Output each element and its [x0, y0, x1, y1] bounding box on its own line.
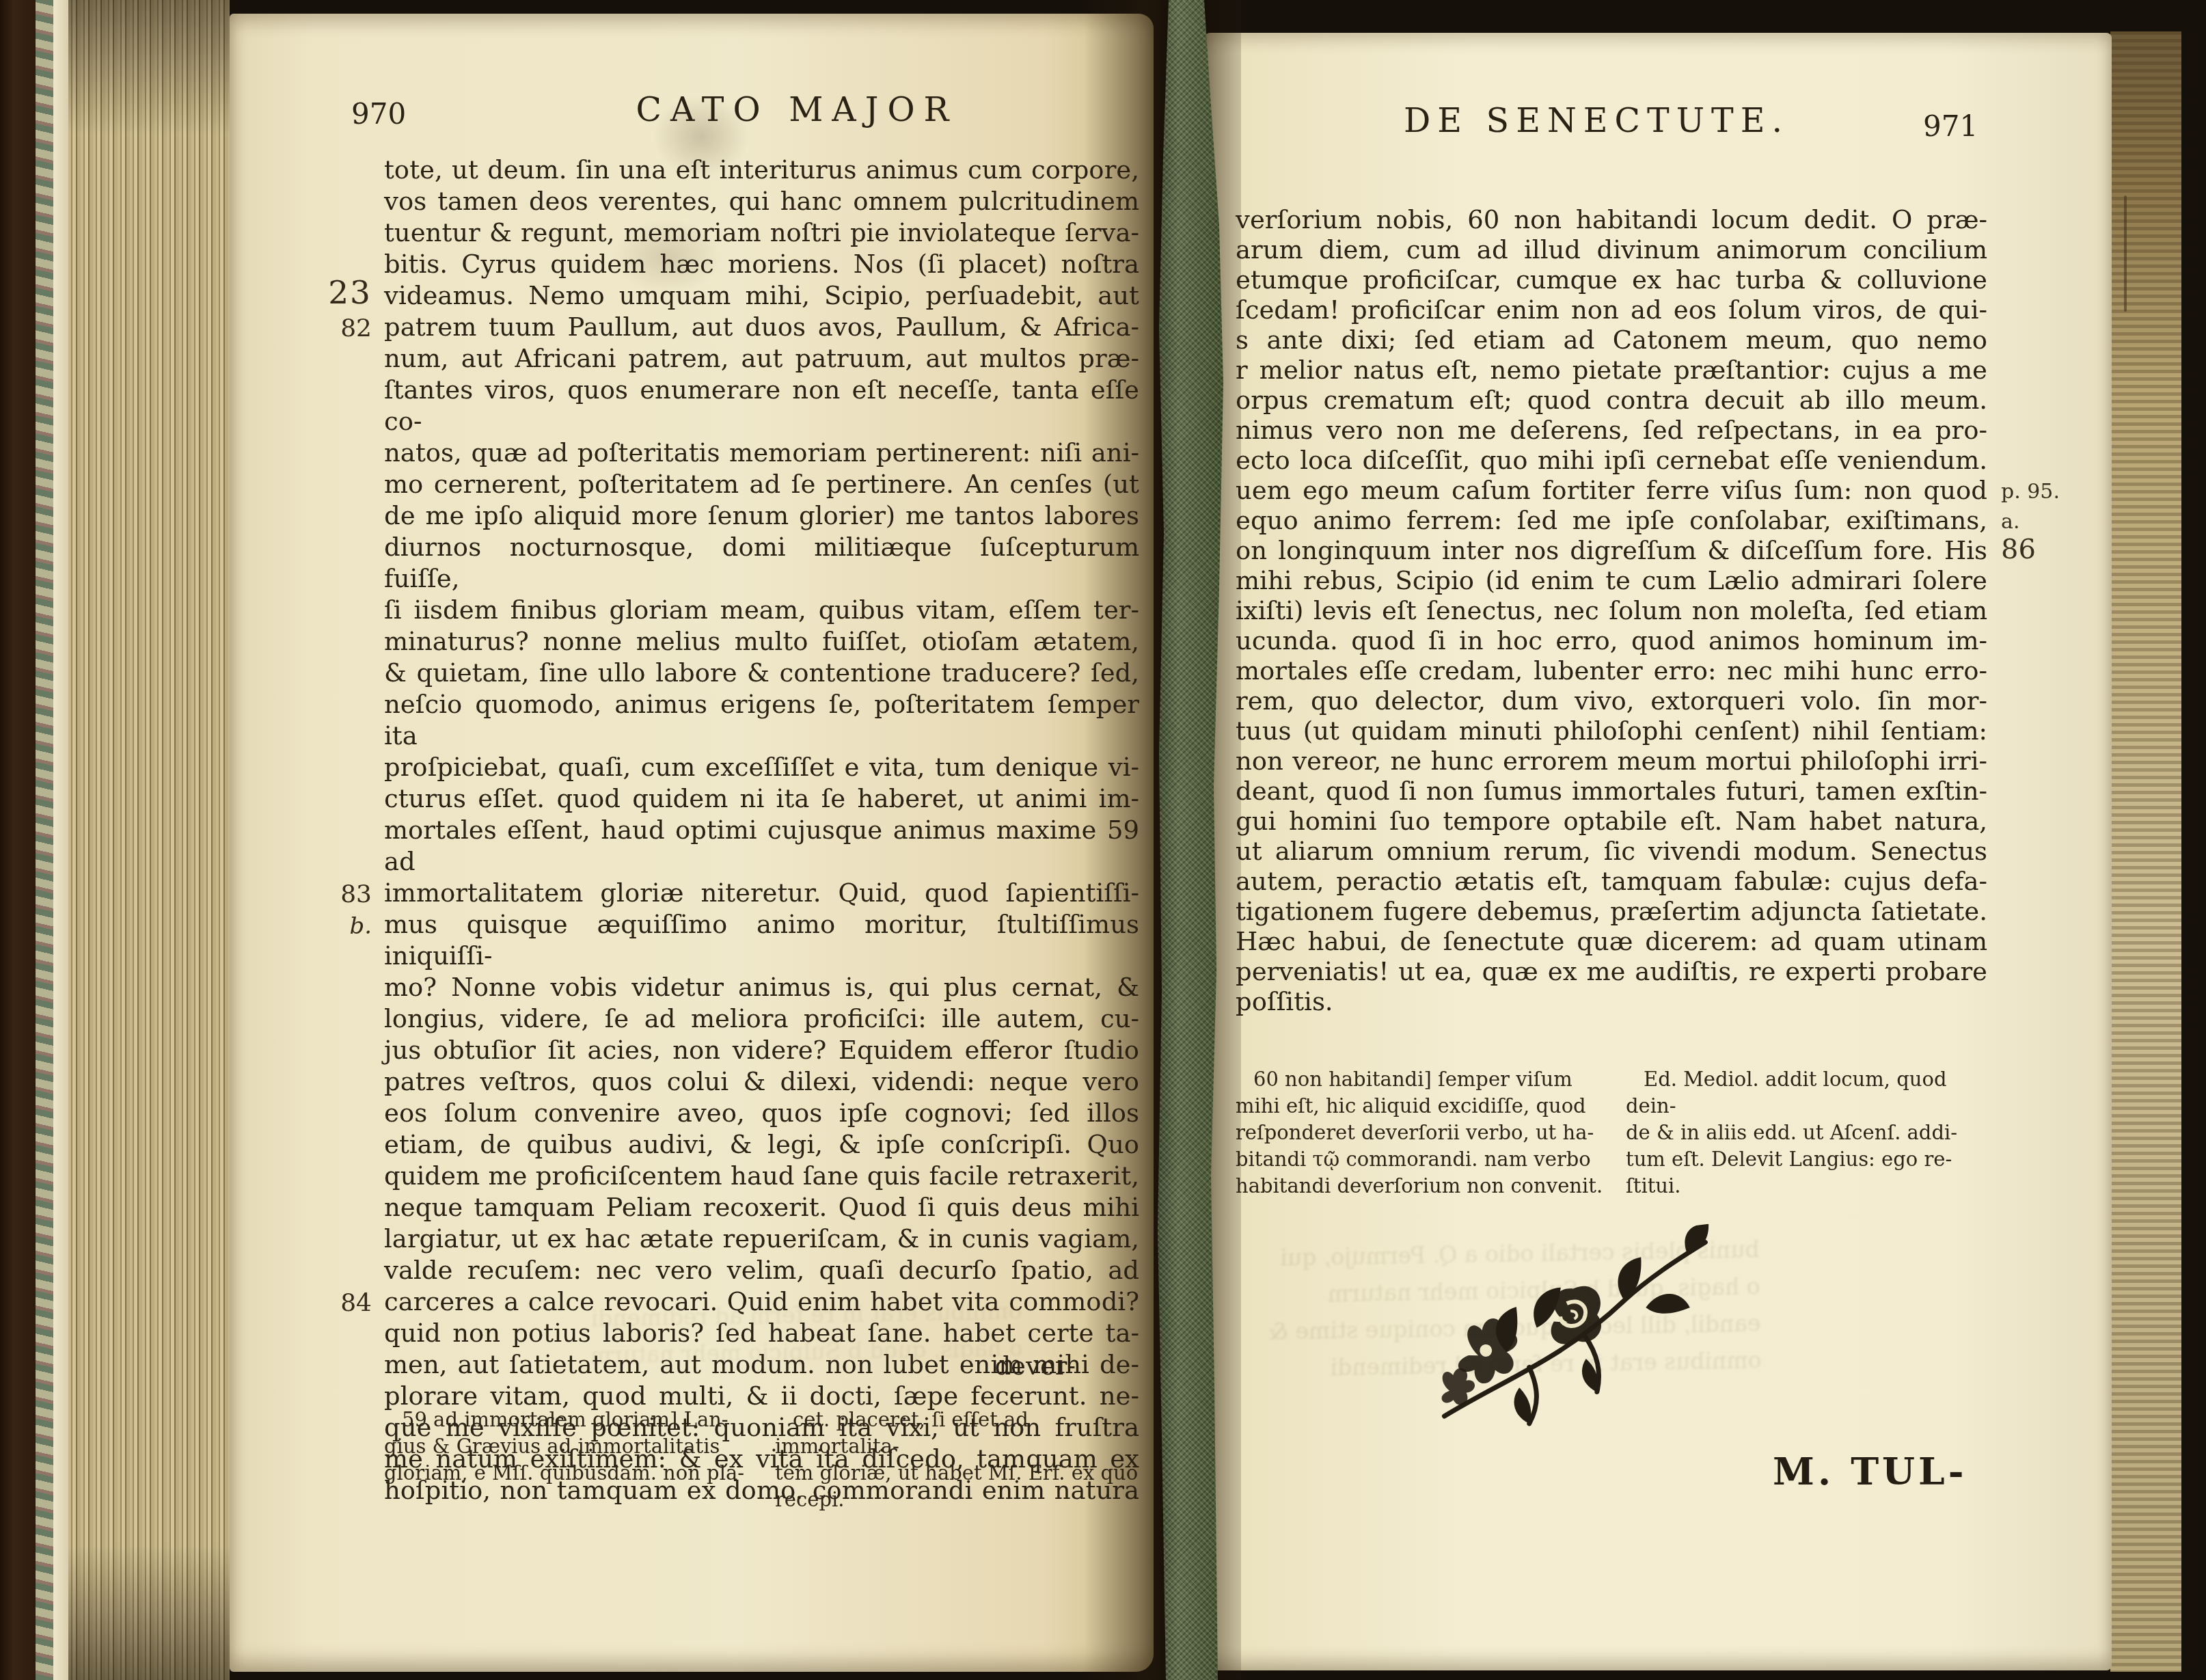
- left-page-stack-edge: [68, 0, 230, 1680]
- footnote-line: tum eſt. Delevit Langius: ego re-: [1626, 1146, 1994, 1173]
- book-cover-board: [0, 0, 36, 1680]
- pen-mark: [2124, 195, 2127, 312]
- open-book-photo: 970 CATO MAJOR tote, ut deum. ſin una eſ…: [0, 0, 2206, 1680]
- footnote-line: ſtitui.: [1626, 1173, 1994, 1200]
- margin-note: 86: [2001, 534, 2036, 565]
- text-line: mo cernerent, poſteritatem ad ſe pertine…: [384, 469, 1139, 500]
- text-line: tuus (ut quidam minuti philoſophi cenſen…: [1236, 716, 1987, 746]
- text-line: autem, peractio ætatis eſt, tamquam fabu…: [1236, 867, 1987, 897]
- margin-note: a.: [2001, 507, 2019, 537]
- text-line: minaturus? nonne melius multo fuiſſet, o…: [384, 626, 1139, 658]
- text-line: poſſitis.: [1236, 987, 1987, 1017]
- catchword: dever-: [384, 1351, 1076, 1381]
- footnote-line: reſponderet deverſorii verbo, ut ha-: [1236, 1120, 1604, 1146]
- text-line: arum diem, cum ad illud divinum animorum…: [1236, 235, 1987, 265]
- page-number: 970: [351, 97, 406, 131]
- margin-note: 23: [328, 277, 372, 309]
- margin-note: 82: [340, 313, 372, 344]
- right-footnotes: 60 non habitandi] ſemper viſummihi eſt, …: [1236, 1066, 1994, 1200]
- text-line: quid non potius laboris? ſed habeat ſane…: [384, 1318, 1139, 1349]
- text-line: ſcedam! proficiſcar enim non ad eos ſolu…: [1236, 295, 1987, 325]
- text-line: diurnos nocturnosque, domi militiæque ſu…: [384, 532, 1139, 595]
- text-line: cturus eſſet. quod quidem ni ita ſe habe…: [384, 783, 1139, 815]
- text-line: verſorium nobis, 60 non habitandi locum …: [1236, 205, 1987, 235]
- text-line: jus obtuſior ſit acies, non videre? Equi…: [384, 1035, 1139, 1066]
- footnote-line: 60 non habitandi] ſemper viſum: [1236, 1066, 1604, 1093]
- text-line: valde recuſem: nec vero velim, quaſi dec…: [384, 1255, 1139, 1286]
- page-number: 971: [1923, 109, 1978, 143]
- floral-sprig-ornament: [1413, 1223, 1736, 1463]
- footnote-line: Ed. Mediol. addit locum, quod dein-: [1626, 1066, 1994, 1120]
- text-line: quidem me proficiſcentem haud ſane quis …: [384, 1161, 1139, 1192]
- text-line: neque tamquam Peliam recoxerit. Quod ſi …: [384, 1192, 1139, 1223]
- text-line: neſcio quomodo, animus erigens ſe, poſte…: [384, 689, 1139, 752]
- text-line: orpus crematum eſt; quod contra decuit a…: [1236, 385, 1987, 416]
- footnote-column: 59 ad immortalem gloriam] Lan-gius & Græ…: [384, 1407, 752, 1513]
- footnote-column: 60 non habitandi] ſemper viſummihi eſt, …: [1236, 1066, 1604, 1200]
- text-line: s ante dixi; ſed etiam ad Catonem meum, …: [1236, 325, 1987, 355]
- text-line: on longinquum inter nos digreſſum & diſc…: [1236, 536, 1987, 566]
- footnote-line: habitandi deverſorium non convenit.: [1236, 1173, 1604, 1200]
- text-line: vos tamen deos verentes, qui hanc omnem …: [384, 186, 1139, 217]
- endpaper-edge: [53, 0, 68, 1680]
- footnote-line: 59 ad immortalem gloriam] Lan-: [384, 1407, 752, 1433]
- text-line: ixiſti) levis eſt ſenectus, nec ſolum no…: [1236, 596, 1987, 626]
- text-line: natos, quæ ad poſteritatis memoriam pert…: [384, 437, 1139, 469]
- text-line: de me ipſo aliquid more ſenum glorier) m…: [384, 500, 1139, 532]
- text-line: ſtantes viros, quos enumerare non eſt ne…: [384, 375, 1139, 437]
- text-line: videamus. Nemo umquam mihi, Scipio, perſ…: [384, 280, 1139, 312]
- text-line: proſpiciebat, quaſi, cum exceſſiſſet e v…: [384, 752, 1139, 783]
- text-line: tuentur & regunt, memoriam noſtri pie in…: [384, 217, 1139, 249]
- text-line: uem ego meum caſum fortiter ferre viſus …: [1236, 476, 1987, 506]
- margin-note: p. 95.: [2001, 477, 2060, 507]
- margin-note: b.: [349, 910, 372, 942]
- margin-note: 83: [340, 879, 372, 910]
- text-line: eos ſolum convenire aveo, quos ipſe cogn…: [384, 1098, 1139, 1129]
- footnote-line: de & in aliis edd. ut Aſcenſ. addi-: [1626, 1120, 1994, 1146]
- text-line: ſi iisdem finibus gloriam meam, quibus v…: [384, 595, 1139, 626]
- text-line: mortales eſſent, haud optimi cujusque an…: [384, 815, 1139, 878]
- text-line: equo animo ferrem: ſed me ipſe conſolaba…: [1236, 506, 1987, 536]
- text-line: ecto loca diſceſſit, quo mihi ipſi cerne…: [1236, 446, 1987, 476]
- text-line: carceres a calce revocari. Quid enim hab…: [384, 1286, 1139, 1318]
- text-line: ucunda. quod ſi in hoc erro, quod animos…: [1236, 626, 1987, 656]
- text-line: deant, quod ſi non ſumus immortales futu…: [1236, 776, 1987, 807]
- left-page-text-block: tote, ut deum. ſin una eſt interiturus a…: [384, 154, 1139, 1506]
- text-line: non vereor, ne hunc errorem meum mortui …: [1236, 746, 1987, 776]
- text-line: gui homini ſuo tempore optabile eſt. Nam…: [1236, 807, 1987, 837]
- margin-note: 84: [340, 1288, 372, 1319]
- catchword: M. TUL-: [1773, 1449, 1967, 1493]
- text-line: tote, ut deum. ſin una eſt interiturus a…: [384, 154, 1139, 186]
- running-title: DE SENECTUTE.: [1289, 101, 1904, 140]
- text-line: Hæc habui, de ſenectute quæ dicerem: ad …: [1236, 927, 1987, 957]
- footnote-line: gius & Grævius ad immortalitatis: [384, 1433, 752, 1460]
- marbled-endpaper-edge: [36, 0, 53, 1680]
- text-line: r melior natus eſt, nemo pietate præſtan…: [1236, 355, 1987, 385]
- text-line: etiam, de quibus audivi, & legi, & ipſe …: [384, 1129, 1139, 1161]
- right-page: DE SENECTUTE. 971 verſorium nobis, 60 no…: [1200, 33, 2112, 1670]
- left-footnotes: 59 ad immortalem gloriam] Lan-gius & Græ…: [384, 1407, 1143, 1513]
- footnote-line: mihi eſt, hic aliquid excidiſſe, quod: [1236, 1093, 1604, 1120]
- text-line: num, aut Africani patrem, aut patruum, a…: [384, 343, 1139, 375]
- text-line: longius, videre, ſe ad meliora proficiſc…: [384, 1003, 1139, 1035]
- running-title: CATO MAJOR: [585, 90, 1009, 129]
- text-line: mihi rebus, Scipio (id enim te cum Lælio…: [1236, 566, 1987, 596]
- text-line: patrem tuum Paullum, aut duos avos, Paul…: [384, 312, 1139, 343]
- text-line: immortalitatem gloriæ niteretur. Quid, q…: [384, 878, 1139, 909]
- text-line: tigationem fugere debemus, præſertim adj…: [1236, 897, 1987, 927]
- footnote-line: bitandi τῷ commorandi. nam verbo: [1236, 1146, 1604, 1173]
- text-line: ut aliarum omnium rerum, ſic vivendi mod…: [1236, 837, 1987, 867]
- text-line: mo? Nonne vobis videtur animus is, qui p…: [384, 972, 1139, 1003]
- left-page: 970 CATO MAJOR tote, ut deum. ſin una eſ…: [230, 14, 1154, 1672]
- text-line: patres veſtros, quos colui & dilexi, vid…: [384, 1066, 1139, 1098]
- text-line: & quietam, ſine ullo labore & contention…: [384, 658, 1139, 689]
- text-line: largiatur, ut ex hac ætate repueriſcam, …: [384, 1223, 1139, 1255]
- footnote-line: gloriam, e Mſſ. quibusdam. non pla-: [384, 1460, 752, 1487]
- text-line: mus quisque æquiſſimo animo moritur, ſtu…: [384, 909, 1139, 972]
- text-line: bitis. Cyrus quidem hæc moriens. Nos (ſi…: [384, 249, 1139, 280]
- text-line: mortales eſſe credam, lubenter erro: nec…: [1236, 656, 1987, 686]
- text-line: rem, quo delector, dum vivo, extorqueri …: [1236, 686, 1987, 716]
- right-page-text-block: verſorium nobis, 60 non habitandi locum …: [1236, 205, 1987, 1017]
- text-line: etumque proficiſcar, cumque ex hac turba…: [1236, 265, 1987, 295]
- text-line: nimus vero non me deſerens, ſed reſpecta…: [1236, 416, 1987, 446]
- text-line: perveniatis! ut ea, quæ ex me audiſtis, …: [1236, 957, 1987, 987]
- right-page-stack-edge: [2110, 31, 2181, 1672]
- footnote-column: Ed. Mediol. addit locum, quod dein-de & …: [1626, 1066, 1994, 1200]
